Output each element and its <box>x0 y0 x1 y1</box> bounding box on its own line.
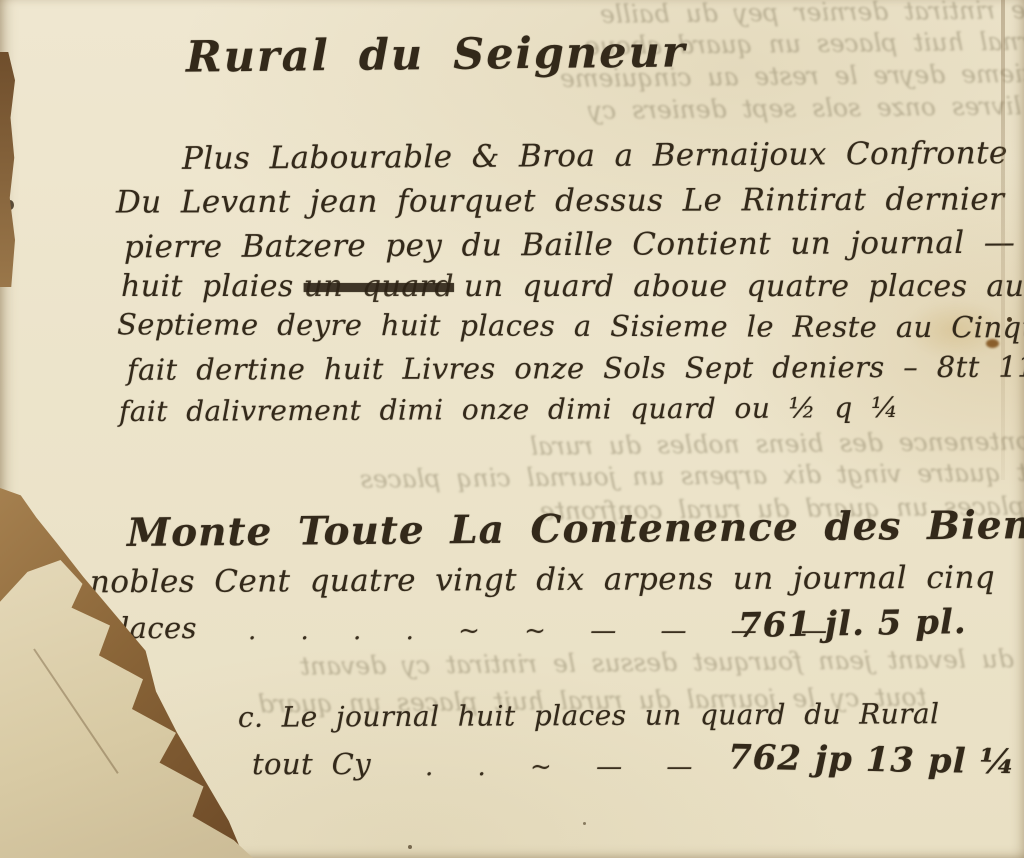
bleedthrough-line: jean fourquet dessus le rintirat dernier… <box>600 0 1024 29</box>
bleedthrough-line: fait huit livres onze sols sept deniers … <box>588 90 1024 125</box>
ink-speck <box>583 822 586 825</box>
totals-line-3: c. Le journal huit places un quard du Ru… <box>238 697 940 734</box>
totals-line-2-value: 761 jl. 5 pl. <box>738 602 967 646</box>
totals-line-4-value: 762 jp 13 pl ¼ <box>728 737 1017 782</box>
manuscript-line-7: fait dalivrement dimi onze dimi quard ou… <box>119 391 899 428</box>
totals-line-1: nobles Cent quatre vingt dix arpens un j… <box>90 560 995 601</box>
manuscript-page: jean fourquet dessus le rintirat dernier… <box>0 0 1024 858</box>
bleedthrough-line: monte toute la contenence des biens nobl… <box>530 424 1024 461</box>
page-edge-shadow <box>1001 0 1005 480</box>
totals-heading: Monte Toute La Contenence des Biens <box>127 502 1024 556</box>
manuscript-line-4: huit plaiesun quardun quard aboue quatre… <box>121 269 1024 304</box>
line-4-post: un quard aboue quatre places au <box>464 269 1024 304</box>
bleedthrough-line: cent quatre vingt dix arpens un journal … <box>360 457 1024 493</box>
manuscript-title: Rural du Seigneur <box>186 27 687 82</box>
bleedthrough-line: du levant jean fourquet dessus le rintir… <box>300 644 1014 680</box>
line-4-struck-out-text: un quard <box>304 269 454 304</box>
manuscript-line-5: Septieme deyre huit places a Sisieme le … <box>117 307 1024 344</box>
manuscript-line-2: Du Levant jean fourquet dessus Le Rintir… <box>116 181 1004 220</box>
manuscript-line-6: fait dertine huit Livres onze Sols Sept … <box>127 349 1024 387</box>
dotted-leader: . . ~ — — <box>425 752 705 782</box>
manuscript-line-3: pierre Batzere pey du Baille Contient un… <box>124 225 1015 266</box>
manuscript-line-1: Plus Labourable & Broa a Bernaijoux Conf… <box>182 135 1008 177</box>
torn-edge-strip <box>0 52 15 287</box>
line-4-pre: huit plaies <box>121 269 294 304</box>
totals-line-4-label: tout Cy <box>252 747 371 781</box>
ink-speck <box>408 845 412 849</box>
